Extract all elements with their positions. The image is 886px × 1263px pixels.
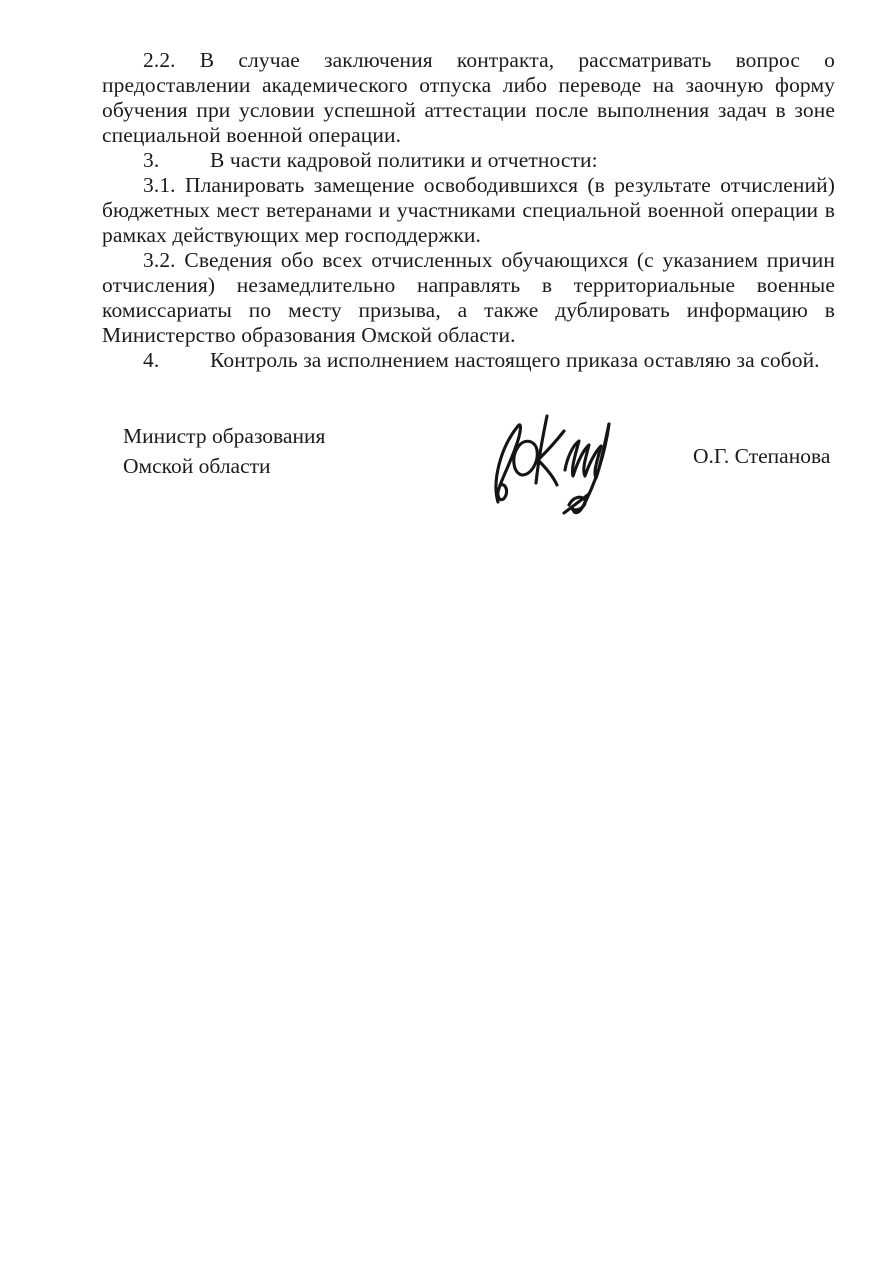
paragraph-4: 4.Контроль за исполнением настоящего при…	[102, 348, 835, 373]
order-body: 2.2. В случае заключения контракта, расс…	[102, 48, 835, 373]
body-line: рамках действующих мер господдержки.	[102, 223, 835, 248]
body-line: комиссариаты по месту призыва, а также д…	[102, 298, 835, 323]
signer-title-line: Министр образования	[123, 421, 325, 451]
body-line: специальной военной операции.	[102, 123, 835, 148]
handwritten-signature-icon	[476, 402, 644, 532]
body-line: бюджетных мест ветеранами и участниками …	[102, 198, 835, 223]
body-line: обучения при условии успешной аттестации…	[102, 98, 835, 123]
paragraph-3-1: 3.1. Планировать замещение освободившихс…	[102, 173, 835, 248]
paragraph-3: 3.В части кадровой политики и отчетности…	[102, 148, 835, 173]
list-number: 4.	[143, 348, 210, 373]
body-line: 3.2. Сведения обо всех отчисленных обуча…	[102, 248, 835, 273]
body-line: 2.2. В случае заключения контракта, расс…	[102, 48, 835, 73]
list-number: 3.	[143, 148, 210, 173]
body-line: 3.1. Планировать замещение освободившихс…	[102, 173, 835, 198]
body-line: В части кадровой политики и отчетности:	[210, 148, 598, 172]
signer-title-line: Омской области	[123, 451, 325, 481]
body-line: Контроль за исполнением настоящего прика…	[210, 348, 820, 372]
body-line: отчисления) незамедлительно направлять в…	[102, 273, 835, 298]
signer-name: О.Г. Степанова	[693, 444, 830, 469]
document-page: 2.2. В случае заключения контракта, расс…	[0, 0, 886, 1263]
body-line: предоставлении академического отпуска ли…	[102, 73, 835, 98]
paragraph-2-2: 2.2. В случае заключения контракта, расс…	[102, 48, 835, 148]
body-line: Министерство образования Омской области.	[102, 323, 835, 348]
signer-title: Министр образования Омской области	[123, 421, 325, 481]
paragraph-3-2: 3.2. Сведения обо всех отчисленных обуча…	[102, 248, 835, 348]
